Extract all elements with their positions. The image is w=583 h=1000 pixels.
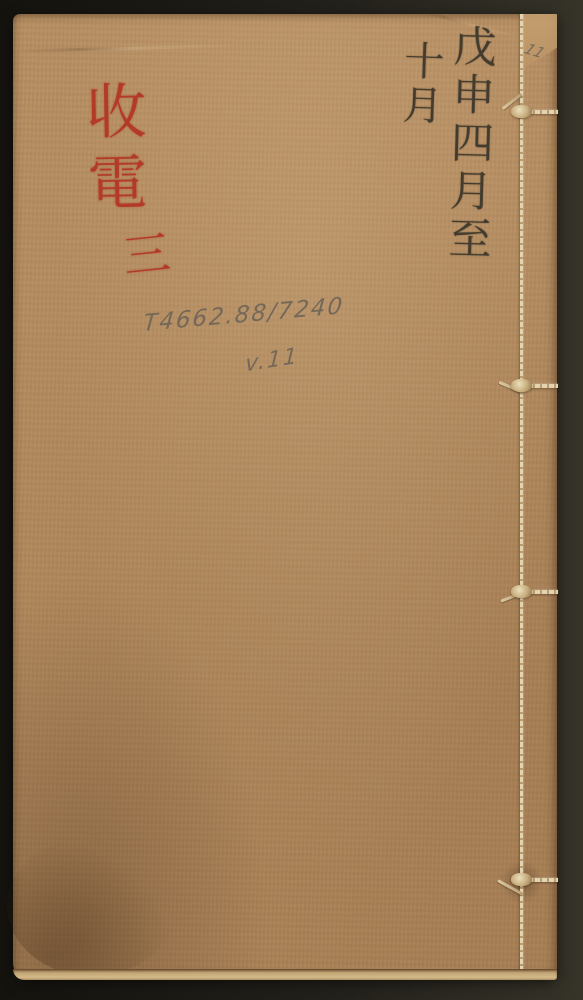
paper-crease (15, 45, 233, 53)
stitch-knot (511, 873, 532, 886)
volume-note: v.11 (245, 343, 300, 377)
corner-wear-patch (522, 14, 557, 70)
stitch-knot (511, 105, 532, 118)
corner-stain (7, 836, 177, 976)
library-call-number: T4662.88/7240 (142, 293, 345, 337)
stitch-knot (511, 585, 532, 598)
date-inscription-column-2: 十月 (390, 39, 450, 129)
title-red-calligraphy: 收電 (68, 79, 156, 222)
book-cover: 收電 三 戊申四月至 十月 T4662.88/7240 v.11 11 (13, 14, 557, 980)
binding-thread-vertical (520, 14, 523, 976)
photo-background: 收電 三 戊申四月至 十月 T4662.88/7240 v.11 11 (0, 0, 583, 1000)
stitch-knot (511, 379, 532, 392)
page-edges (13, 969, 557, 980)
title-volume-character: 三 (107, 227, 179, 281)
